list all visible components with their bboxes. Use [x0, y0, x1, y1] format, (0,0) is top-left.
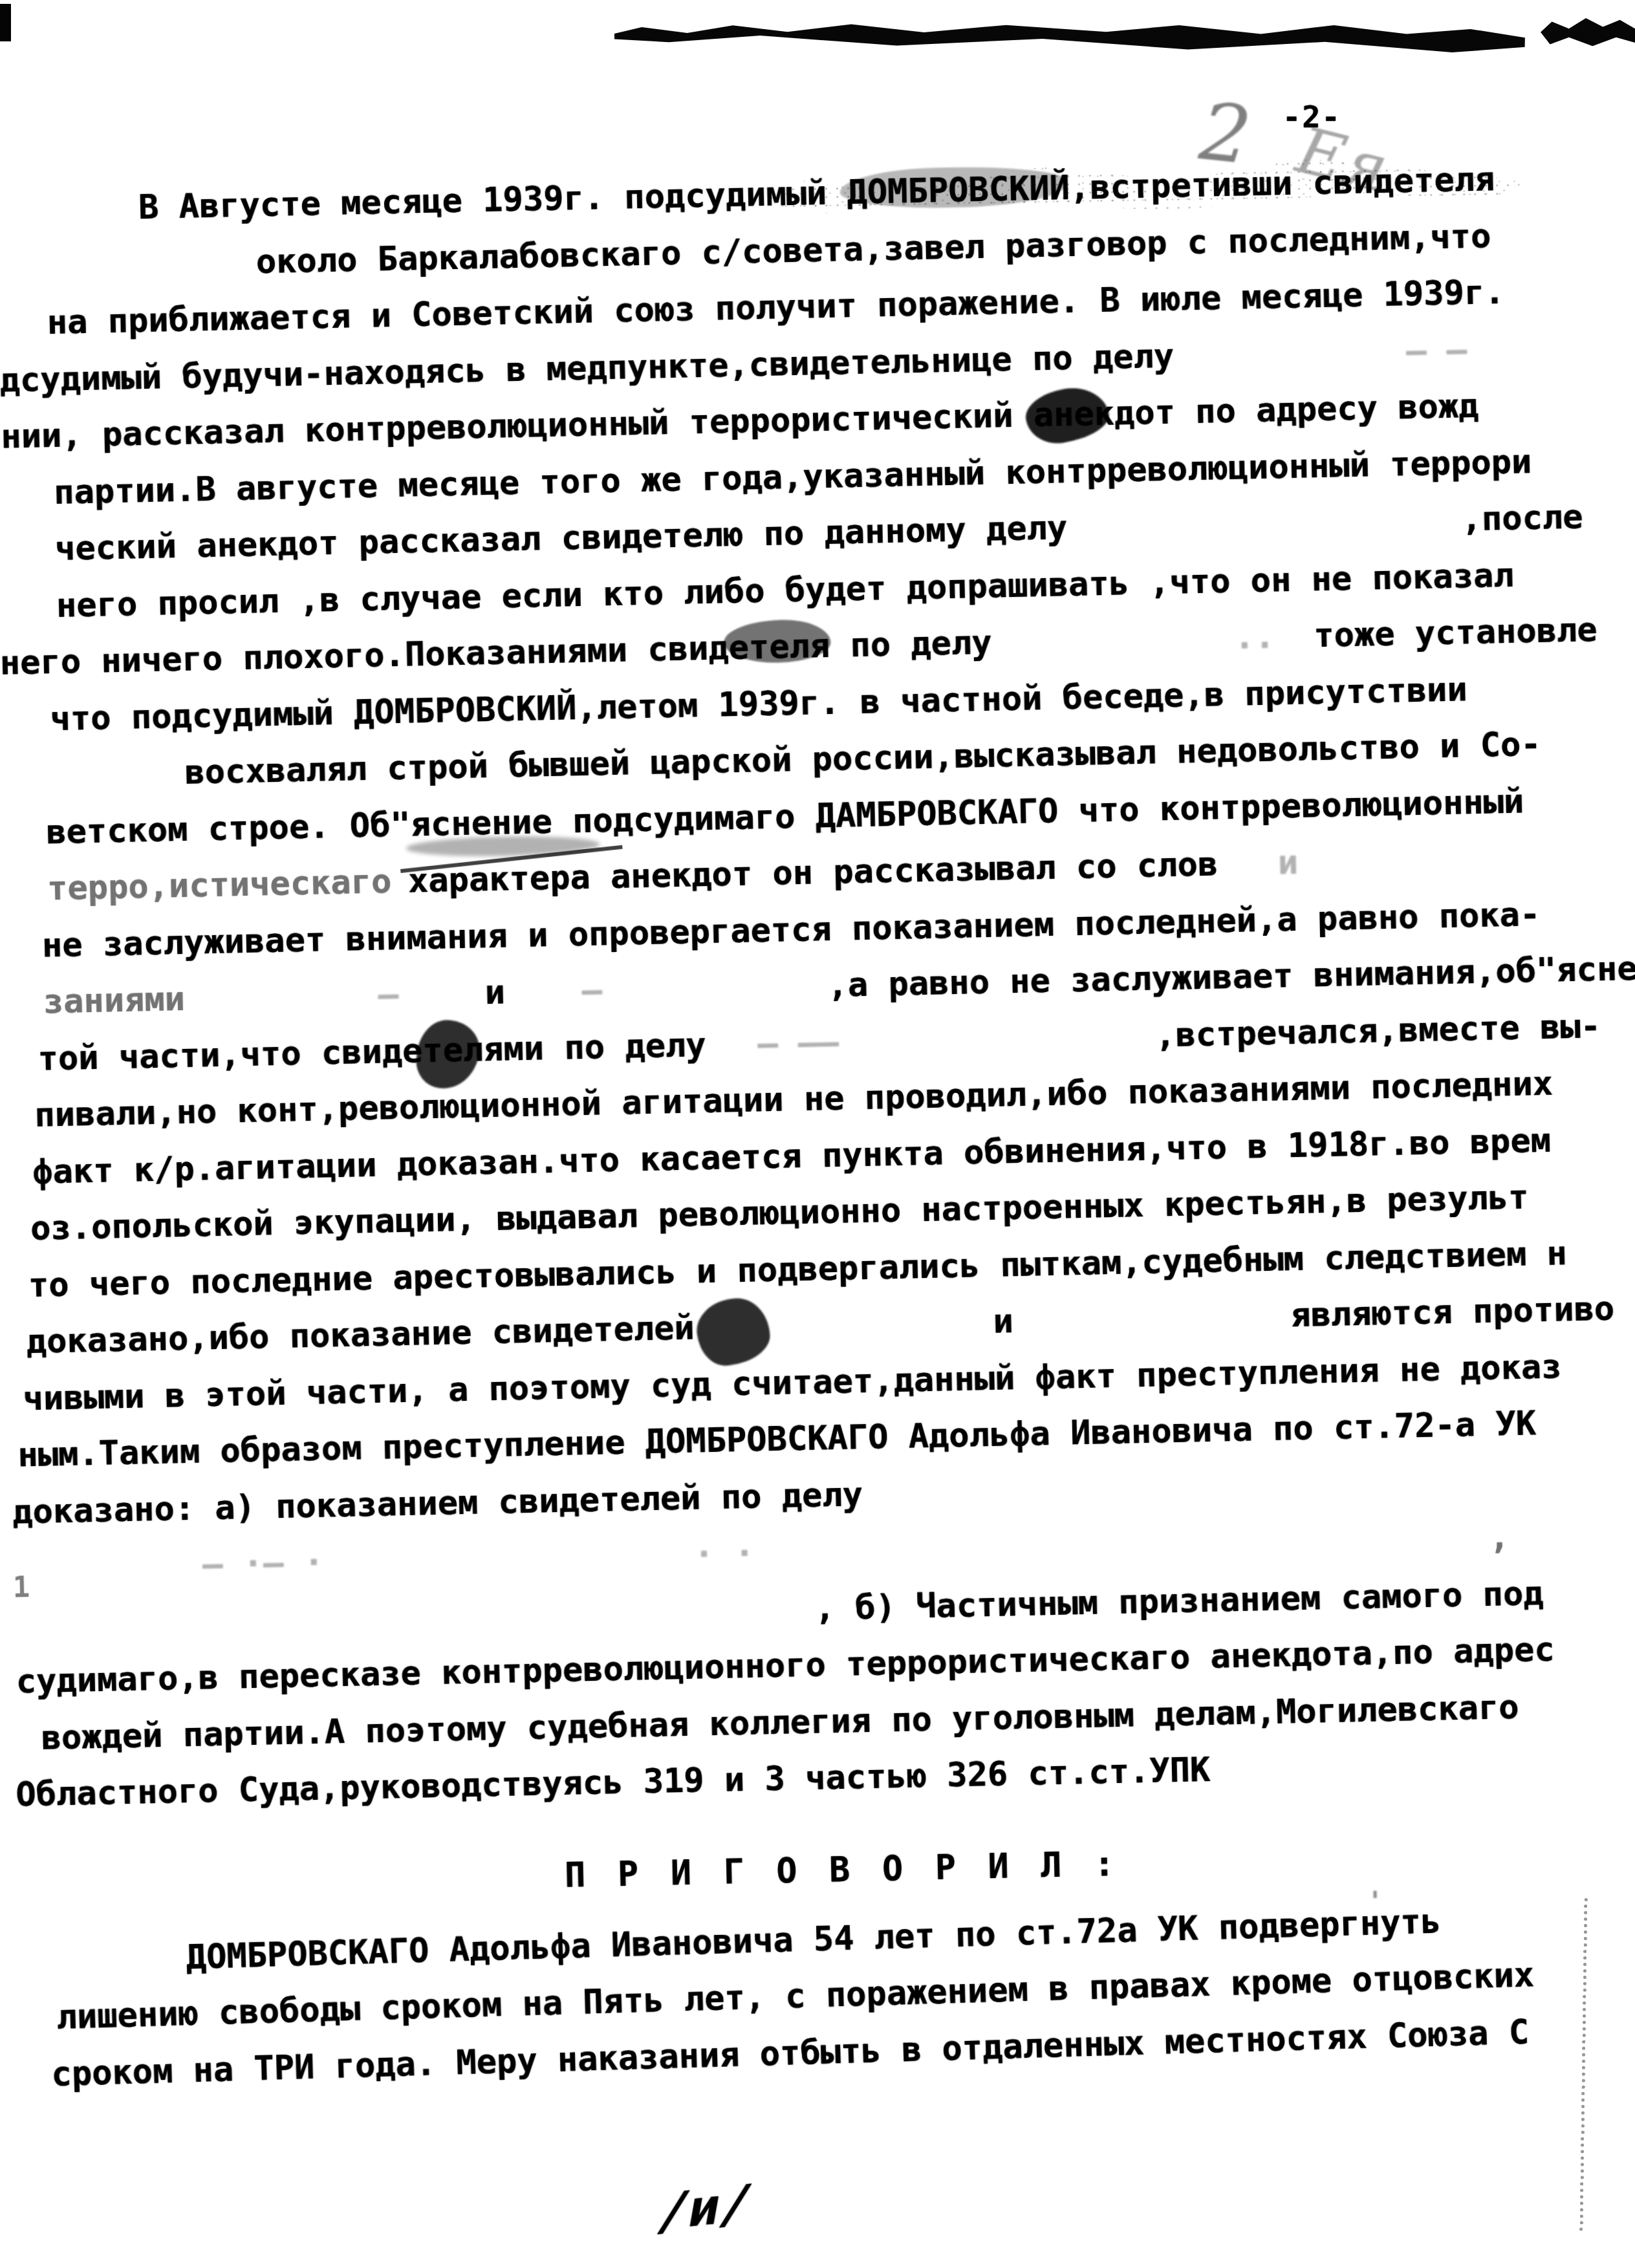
page-continuation-mark: /и/: [653, 2174, 757, 2242]
line-text: —: [378, 975, 399, 1015]
line-text: ,: [1489, 1518, 1510, 1557]
line-text: и: [1277, 843, 1299, 883]
verdict-heading: П Р И Г О В О Р И Л :: [15, 1831, 1635, 1909]
ink-blotch-line16: [414, 1018, 482, 1092]
line-text: П Р И Г О В О Р И Л :: [565, 1844, 1121, 1895]
line-text: ..: [1234, 618, 1275, 657]
line-text: · ·: [693, 1534, 755, 1574]
line-text: заниями: [43, 980, 185, 1022]
line-text: — –: [1406, 330, 1467, 371]
line-text: В Августе месяце 1939г. подсудимый ДОМБР…: [138, 160, 1495, 227]
line-text: что подсудимый ДОМБРОВСКИЙ,летом 1939г. …: [50, 670, 1467, 739]
stray-mark: ': [1367, 1886, 1383, 1916]
line-text: ческий анекдот рассказал свидетелю по да…: [54, 508, 1067, 568]
line-text: дсудимый будучи-находясь в медпункте,сви…: [0, 337, 1175, 400]
line-text: , б) Частичным признанием самого под: [814, 1574, 1544, 1628]
line-text: доказано,ибо показание свидетелей: [26, 1309, 695, 1362]
line-text: тоже установле: [1314, 610, 1597, 655]
line-text: ,встречался,вместе вы-: [1155, 1007, 1601, 1055]
line-text: восхвалял строй бывшей царской россии,вы…: [184, 725, 1541, 792]
typewritten-text-sheet: В Августе месяце 1939г. подсудимый ДОМБР…: [0, 0, 1635, 2268]
line-text: ,после: [1461, 498, 1583, 539]
line-text: доказано: а) показанием свидетелей по де…: [12, 1475, 863, 1532]
line-text: и: [484, 973, 506, 1013]
line-text: являются противо: [1290, 1290, 1615, 1335]
line-text: около Баркалабовскаго с/совета,завел раз…: [255, 217, 1491, 281]
stray-mark: 1: [12, 1571, 30, 1604]
ink-blotch-line21: [693, 1295, 772, 1368]
line-text: той части,что свидетелями по делу: [38, 1026, 706, 1079]
line-text: и: [993, 1302, 1014, 1341]
ink-blotch-line5: [1022, 382, 1112, 448]
scanned-court-document-page: 2 -2- Ея В Августе месяце 1939г. подсуди…: [0, 0, 1635, 2268]
line-text: –: [581, 971, 603, 1010]
line-text: него ничего плохого.Показаниями свидетел…: [0, 623, 992, 683]
handwritten-strike-scribble: [400, 833, 623, 876]
line-text: – ·– ·: [202, 1543, 324, 1584]
line-text: ,а равно не заслуживает внимания,об"ясне…: [827, 947, 1635, 1005]
line-text: терро,истическаго: [47, 862, 391, 908]
line-text: Областного Суда,руководствуясь 319 и 3 ч…: [16, 1751, 1211, 1815]
line-text: — ——: [757, 1023, 839, 1064]
